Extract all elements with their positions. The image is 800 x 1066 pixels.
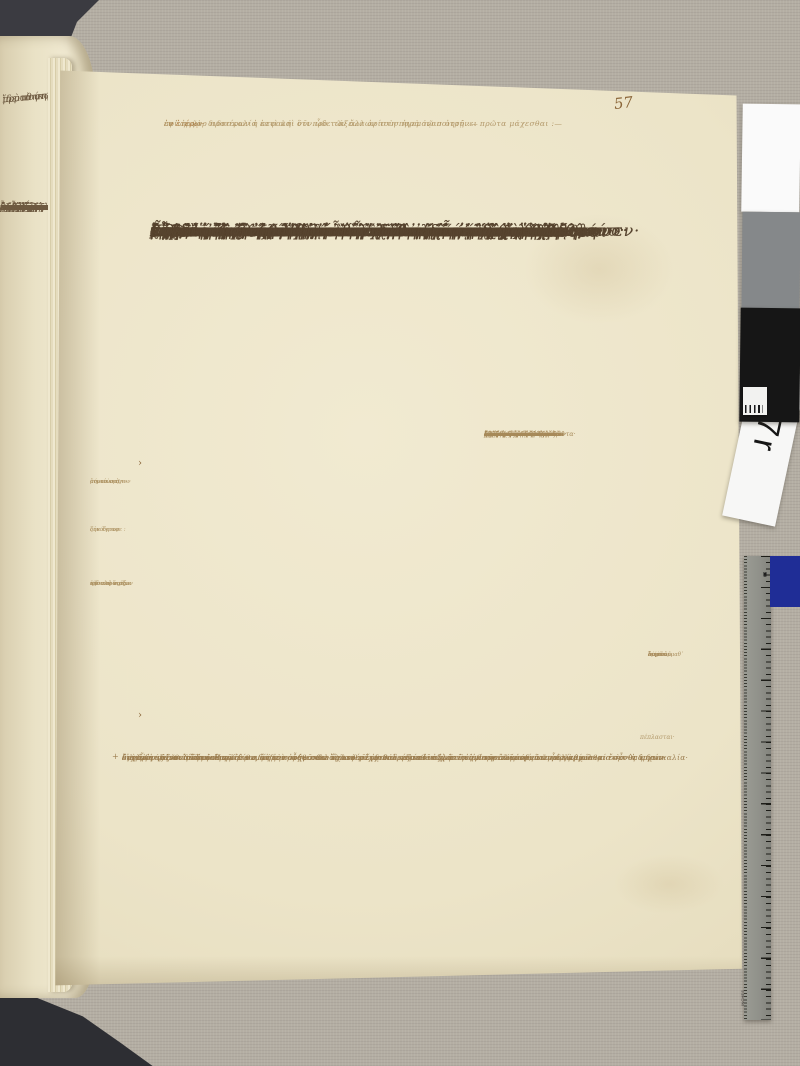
scholion-line: μόνασ πρῶτον xyxy=(90,478,130,487)
scholion-line: ωσ τῶν ἱππέων xyxy=(90,580,133,589)
scholion-line: ⁘ xyxy=(90,580,95,589)
critical-siglum: › xyxy=(138,710,142,721)
photographic-ruler: 151413121110987654321 INCHES xyxy=(744,556,771,1020)
scholion-text: ἐφ᾽ ἡμῶν· διδασκαλία ἐστὶ καὶ νῦν ὧδε τά… xyxy=(164,116,478,132)
gray-balance-card xyxy=(741,212,800,310)
recto-page-57r: 57 ἐν ἑτέρῳ· ποίων γὰρ προτέρων ἡ κεφαλή… xyxy=(54,64,742,990)
critical-siglum: › xyxy=(138,458,142,469)
scholion-line: οὐκ ἔγραφε : xyxy=(90,526,126,535)
ruler-ticks-fine-left xyxy=(744,556,747,1020)
scholion-marker: + xyxy=(112,752,119,761)
stray-marginal-word: πέπλασται· xyxy=(640,734,675,741)
scholion-line: μνήμην ἔχουσαν :— xyxy=(484,428,548,441)
color-calibration-bar xyxy=(770,556,800,1020)
scholion-line: καὶ ὧδε τοίνυν οἱ πρότεροι :- xyxy=(122,750,240,766)
manuscript-photo: πρὸ τούτωνἴδε τὰ σημεῖαμεμαθηκώσ :- ν αἰ… xyxy=(0,0,800,1066)
parchment-stain xyxy=(614,854,724,914)
color-patch xyxy=(770,556,800,607)
white-balance-card xyxy=(741,104,800,213)
verse-line: ὧδε καὶ οἱ πρότεροι πόλεασ καὶ τείχε᾽ ἐπ… xyxy=(150,222,605,243)
ruler-number: 1 xyxy=(737,569,768,579)
calibration-tab-ticks xyxy=(745,405,763,413)
calibration-tab xyxy=(743,387,767,415)
folio-number: 57 xyxy=(613,93,634,113)
scholion-line: λέγει :- xyxy=(648,652,668,660)
page-bottom-shadow xyxy=(54,956,742,990)
scholion-line: τόνδε νόον καὶ θυμὸν ἐνὶ στήθεσσιν ἔχοντ… xyxy=(182,750,619,766)
ruler-unit-label: INCHES xyxy=(741,990,745,1006)
